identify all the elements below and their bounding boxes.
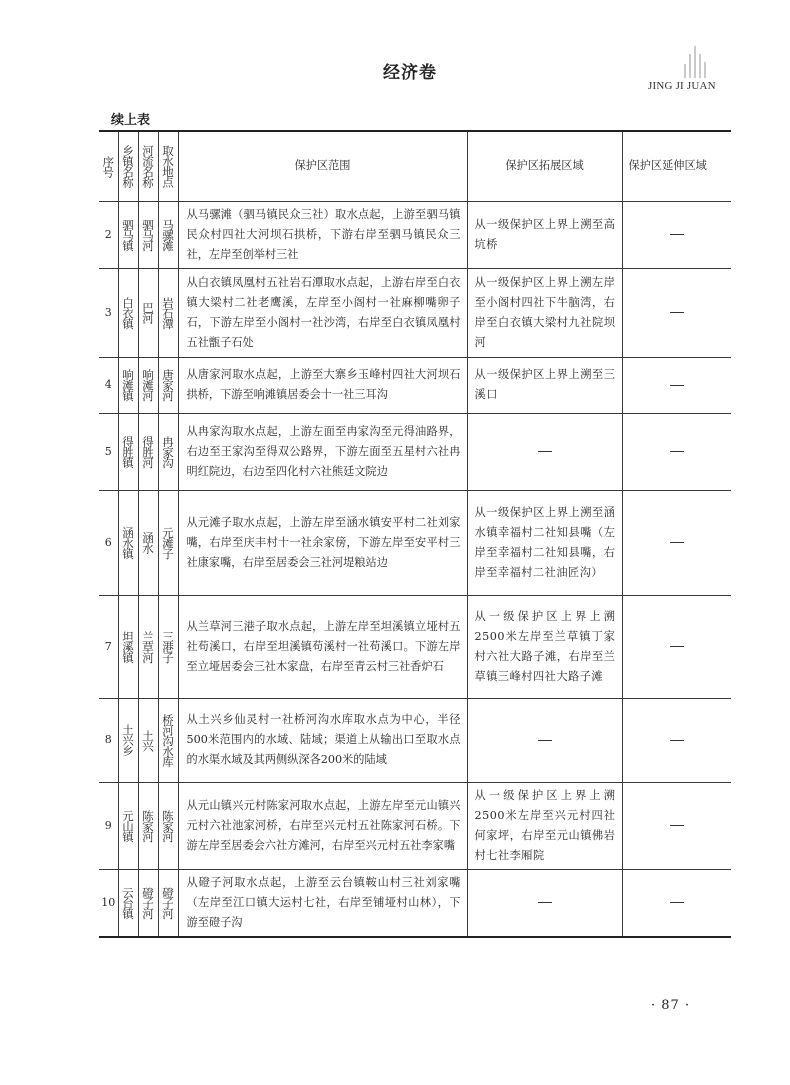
cell-extension: 从一级保护区上界上溯至三溪口 xyxy=(467,357,622,413)
cell-town: 元山镇 xyxy=(118,782,138,869)
dash-mark xyxy=(538,740,552,741)
col-header-town: 乡镇名称 xyxy=(118,131,138,201)
cell-prolong xyxy=(622,201,731,268)
running-head-title: 经济卷 xyxy=(383,58,437,83)
cell-river: 涵水 xyxy=(138,490,158,595)
table-row: 7 坦溪镇 兰草河 三港子 从兰草河三港子取水点起，上游左岸至坦溪镇立垭村五社苟… xyxy=(99,595,731,698)
dash-mark xyxy=(670,740,684,741)
cell-river: 巴河 xyxy=(138,268,158,357)
dash-mark xyxy=(670,385,684,386)
cell-river: 土兴 xyxy=(138,698,158,782)
cell-seq: 4 xyxy=(99,357,118,413)
cell-prolong xyxy=(622,595,731,698)
cell-scope: 从唐家河取水点起，上游至大寨乡玉峰村四社大河坝石拱桥，下游至响滩镇居委会十一社三… xyxy=(178,357,467,413)
dash-mark xyxy=(670,825,684,826)
cell-site: 元滩子 xyxy=(158,490,178,595)
table-row: 5 得胜镇 得胜河 冉家沟 从冉家沟取水点起，上游左面至冉家沟至元得油路界，右边… xyxy=(99,413,731,490)
cell-prolong xyxy=(622,268,731,357)
cell-extension: 从一级保护区上界上溯至涵水镇幸福村二社知县嘴（左岸至幸福村二社知县嘴，右岸至幸福… xyxy=(467,490,622,595)
cell-seq: 3 xyxy=(99,268,118,357)
table-row: 6 涵水镇 涵水 元滩子 从元滩子取水点起，上游左岸至涵水镇安平村二社刘家嘴，右… xyxy=(99,490,731,595)
cell-town: 云台镇 xyxy=(118,869,138,937)
cell-town: 坦溪镇 xyxy=(118,595,138,698)
cell-town: 涵水镇 xyxy=(118,490,138,595)
cell-town: 土兴乡 xyxy=(118,698,138,782)
cell-seq: 5 xyxy=(99,413,118,490)
cell-town: 响滩镇 xyxy=(118,357,138,413)
cell-site: 三港子 xyxy=(158,595,178,698)
cell-town: 白衣镇 xyxy=(118,268,138,357)
cell-town: 得胜镇 xyxy=(118,413,138,490)
cell-site: 磴子河 xyxy=(158,869,178,937)
table-header-row: 序号 乡镇名称 河流名称 取水地点 保护区范围 保护区拓展区域 保护区延伸区域 xyxy=(99,131,731,201)
cell-prolong xyxy=(622,413,731,490)
cell-scope: 从马骡滩（驷马镇民众三社）取水点起，上游至驷马镇民众村四社大河坝石拱桥，下游右岸… xyxy=(178,201,467,268)
cell-town: 驷马镇 xyxy=(118,201,138,268)
dash-mark xyxy=(670,902,684,903)
cell-scope: 从元滩子取水点起，上游左岸至涵水镇安平村二社刘家嘴，右岸至庆丰村十一社余家傍，下… xyxy=(178,490,467,595)
table-row: 8 土兴乡 土兴 桥河沟水库 从土兴乡仙灵村一社桥河沟水库取水点为中心，半径50… xyxy=(99,698,731,782)
running-head-pinyin: JING JI JUAN xyxy=(648,80,716,92)
cell-seq: 6 xyxy=(99,490,118,595)
cell-seq: 7 xyxy=(99,595,118,698)
cell-river: 陈家河 xyxy=(138,782,158,869)
cell-extension: 从一级保护区上界上溯2500米左岸至兰草镇丁家村六社大路子滩，右岸至兰草镇三峰村… xyxy=(467,595,622,698)
cell-river: 驷马河 xyxy=(138,201,158,268)
table-row: 2 驷马镇 驷马河 马骡滩 从马骡滩（驷马镇民众三社）取水点起，上游至驷马镇民众… xyxy=(99,201,731,268)
cell-site: 唐家河 xyxy=(158,357,178,413)
cell-prolong xyxy=(622,698,731,782)
cell-prolong xyxy=(622,782,731,869)
cell-seq: 9 xyxy=(99,782,118,869)
table-continued-label: 续上表 xyxy=(111,109,150,128)
cell-river: 磴子河 xyxy=(138,869,158,937)
cell-extension: 从一级保护区上界上溯左岸至小阁村四社下牛脑湾，右岸至白衣镇大梁村九社院坝河 xyxy=(467,268,622,357)
page-number: · 87 · xyxy=(651,998,690,1013)
cell-river: 响滩河 xyxy=(138,357,158,413)
table-row: 10 云台镇 磴子河 磴子河 从磴子河取水点起，上游至云台镇鞍山村三社刘家嘴（左… xyxy=(99,869,731,937)
cell-prolong xyxy=(622,490,731,595)
cell-seq: 2 xyxy=(99,201,118,268)
cell-river: 得胜河 xyxy=(138,413,158,490)
cell-site: 马骡滩 xyxy=(158,201,178,268)
cell-site: 冉家沟 xyxy=(158,413,178,490)
cell-seq: 8 xyxy=(99,698,118,782)
dash-mark xyxy=(670,646,684,647)
table-row: 4 响滩镇 响滩河 唐家河 从唐家河取水点起，上游至大寨乡玉峰村四社大河坝石拱桥… xyxy=(99,357,731,413)
dash-mark xyxy=(538,902,552,903)
dash-mark xyxy=(670,451,684,452)
dash-mark xyxy=(670,312,684,313)
col-header-extension: 保护区拓展区域 xyxy=(467,131,622,201)
col-header-site: 取水地点 xyxy=(158,131,178,201)
cell-extension xyxy=(467,869,622,937)
cell-site: 陈家河 xyxy=(158,782,178,869)
cell-scope: 从土兴乡仙灵村一社桥河沟水库取水点为中心，半径500米范围内的水域、陆域；渠道上… xyxy=(178,698,467,782)
dash-mark xyxy=(538,451,552,452)
protection-zone-table: 序号 乡镇名称 河流名称 取水地点 保护区范围 保护区拓展区域 保护区延伸区域 … xyxy=(99,130,731,938)
col-header-seq: 序号 xyxy=(99,131,118,201)
cell-prolong xyxy=(622,357,731,413)
table-row: 3 白衣镇 巴河 岩石潭 从白衣镇凤凰村五社岩石潭取水点起，上游右岸至白衣镇大梁… xyxy=(99,268,731,357)
dash-mark xyxy=(670,542,684,543)
cell-seq: 10 xyxy=(99,869,118,937)
cell-scope: 从白衣镇凤凰村五社岩石潭取水点起，上游右岸至白衣镇大梁村二社老鹰溪，左岸至小阁村… xyxy=(178,268,467,357)
cell-scope: 从元山镇兴元村陈家河取水点起，上游左岸至元山镇兴元村六社池家河桥，右岸至兴元村五… xyxy=(178,782,467,869)
cell-extension: 从一级保护区上界上溯2500米左岸至兴元村四社何家坪，右岸至元山镇佛岩村七社李厢… xyxy=(467,782,622,869)
dash-mark xyxy=(670,234,684,235)
cell-scope: 从磴子河取水点起，上游至云台镇鞍山村三社刘家嘴（左岸至江口镇大运村七社，右岸至铺… xyxy=(178,869,467,937)
header-bars-decoration xyxy=(680,40,710,78)
cell-prolong xyxy=(622,869,731,937)
cell-extension xyxy=(467,698,622,782)
cell-extension xyxy=(467,413,622,490)
cell-site: 岩石潭 xyxy=(158,268,178,357)
cell-site: 桥河沟水库 xyxy=(158,698,178,782)
cell-extension: 从一级保护区上界上溯至高坑桥 xyxy=(467,201,622,268)
cell-scope: 从兰草河三港子取水点起，上游左岸至坦溪镇立垭村五社苟溪口，右岸至坦溪镇苟溪村一社… xyxy=(178,595,467,698)
col-header-scope: 保护区范围 xyxy=(178,131,467,201)
cell-scope: 从冉家沟取水点起，上游左面至冉家沟至元得油路界，右边至王家沟至得双公路界，下游左… xyxy=(178,413,467,490)
col-header-river: 河流名称 xyxy=(138,131,158,201)
cell-river: 兰草河 xyxy=(138,595,158,698)
table-row: 9 元山镇 陈家河 陈家河 从元山镇兴元村陈家河取水点起，上游左岸至元山镇兴元村… xyxy=(99,782,731,869)
col-header-prolong: 保护区延伸区域 xyxy=(622,131,731,201)
